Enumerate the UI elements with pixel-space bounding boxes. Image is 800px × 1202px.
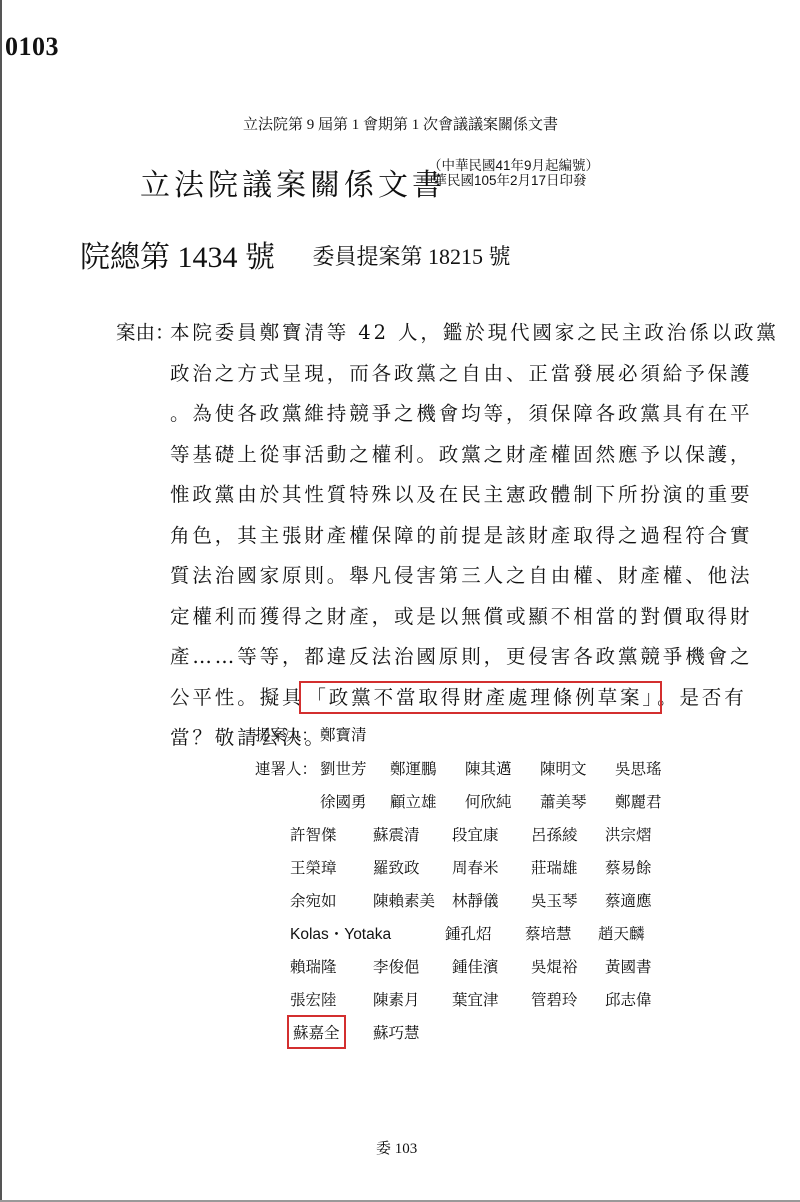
- signer-name: 吳思瑤: [615, 757, 662, 779]
- signer-name: 鄭運鵬: [390, 757, 437, 779]
- reason-line: 質法治國家原則。舉凡侵害第三人之自由權、財產權、他法: [170, 556, 752, 597]
- signer-name: 鄭麗君: [615, 790, 662, 812]
- signer-name: 鍾孔炤: [445, 922, 492, 944]
- signer-name: 莊瑞雄: [531, 856, 578, 878]
- page-number-top: 0103: [5, 32, 59, 62]
- signer-name: 蕭美琴: [540, 790, 587, 812]
- reason-line: 惟政黨由於其性質特殊以及在民主憲政體制下所扮演的重要: [170, 475, 752, 516]
- reason-text: 。是否有: [657, 686, 747, 709]
- proposal-number: 委員提案第 18215 號: [313, 244, 511, 269]
- signer-name: 賴瑞隆: [290, 955, 337, 977]
- signer-name: 鍾佳濱: [452, 955, 499, 977]
- signer-name: 洪宗熠: [605, 823, 652, 845]
- signer-name: 林靜儀: [452, 889, 499, 911]
- signer-name: 周春米: [452, 856, 499, 878]
- numbering-since: （中華民國41年9月起編號）: [420, 158, 599, 173]
- signer-name: 呂孫綾: [531, 823, 578, 845]
- document-meta: （中華民國41年9月起編號） 中華民國105年2月17日印發: [420, 158, 599, 188]
- cosigner-label: 連署人：: [255, 757, 317, 779]
- signer-name: 蔡易餘: [605, 856, 652, 878]
- signer-name: 趙天麟: [598, 922, 645, 944]
- signer-name: 黃國書: [605, 955, 652, 977]
- document-title: 立法院議案關係文書: [140, 160, 446, 204]
- signer-name: 顧立雄: [390, 790, 437, 812]
- signer-name: 許智傑: [290, 823, 337, 845]
- reason-line: 角色，其主張財產權保障的前提是該財產取得之過程符合實: [170, 516, 752, 557]
- signer-name: 陳賴素美: [373, 889, 435, 911]
- reason-line: 。為使各政黨維持競爭之機會均等，須保障各政黨具有在平: [170, 394, 752, 435]
- signer-name: 段宜康: [452, 823, 499, 845]
- reason-label: 案由：: [116, 313, 175, 354]
- signer-name: 羅致政: [373, 856, 420, 878]
- signer-name-highlighted: 蘇嘉全: [293, 1021, 340, 1043]
- signer-name: 邱志偉: [605, 988, 652, 1010]
- signer-name: 蘇巧慧: [373, 1021, 420, 1043]
- reason-line: 等基礎上從事活動之權利。政黨之財產權固然應予以保護，: [170, 435, 752, 476]
- reason-line: 公平性。擬具「政黨不當取得財產處理條例草案」。是否有: [170, 678, 747, 719]
- bill-title-highlight: 「政黨不當取得財產處理條例草案」: [304, 686, 657, 709]
- session-line: 立法院第 9 屆第 1 會期第 1 次會議議案關係文書: [243, 113, 558, 134]
- signer-name: 蘇震清: [373, 823, 420, 845]
- signer-name: 劉世芳: [320, 757, 367, 779]
- proposer-label: 提案人：: [255, 723, 317, 745]
- general-number: 院總第 1434 號: [80, 241, 275, 274]
- signer-name: 何欣純: [465, 790, 512, 812]
- reason-line: 政治之方式呈現，而各政黨之自由、正當發展必須給予保護: [170, 354, 752, 395]
- signer-name: 吳焜裕: [531, 955, 578, 977]
- signer-name: 陳素月: [373, 988, 420, 1010]
- signer-name: 徐國勇: [320, 790, 367, 812]
- signer-name: 管碧玲: [531, 988, 578, 1010]
- signer-name: 李俊俋: [373, 955, 420, 977]
- printed-date: 中華民國105年2月17日印發: [420, 173, 599, 188]
- signer-name: 張宏陸: [290, 988, 337, 1010]
- reason-line: 本院委員鄭寶清等 42 人，鑑於現代國家之民主政治係以政黨: [170, 313, 779, 354]
- signer-name: 蔡適應: [605, 889, 652, 911]
- signer-name: 陳其邁: [465, 757, 512, 779]
- footer-page-number: 委 103: [376, 1137, 417, 1158]
- signer-name: Kolas・Yotaka: [290, 922, 391, 944]
- signer-name: 蔡培慧: [525, 922, 572, 944]
- signer-name: 葉宜津: [452, 988, 499, 1010]
- proposer-name: 鄭寶清: [320, 723, 367, 745]
- page-left-border: [0, 0, 2, 1202]
- signer-name: 陳明文: [540, 757, 587, 779]
- reason-line: 定權利而獲得之財產，或是以無償或顯不相當的對價取得財: [170, 597, 752, 638]
- reason-line: 產……等等，都違反法治國原則，更侵害各政黨競爭機會之: [170, 637, 752, 678]
- reason-text: 公平性。擬具: [170, 686, 304, 709]
- signer-name: 余宛如: [290, 889, 337, 911]
- signer-name: 王榮璋: [290, 856, 337, 878]
- document-number: 院總第 1434 號 委員提案第 18215 號: [80, 232, 511, 276]
- signer-name: 吳玉琴: [531, 889, 578, 911]
